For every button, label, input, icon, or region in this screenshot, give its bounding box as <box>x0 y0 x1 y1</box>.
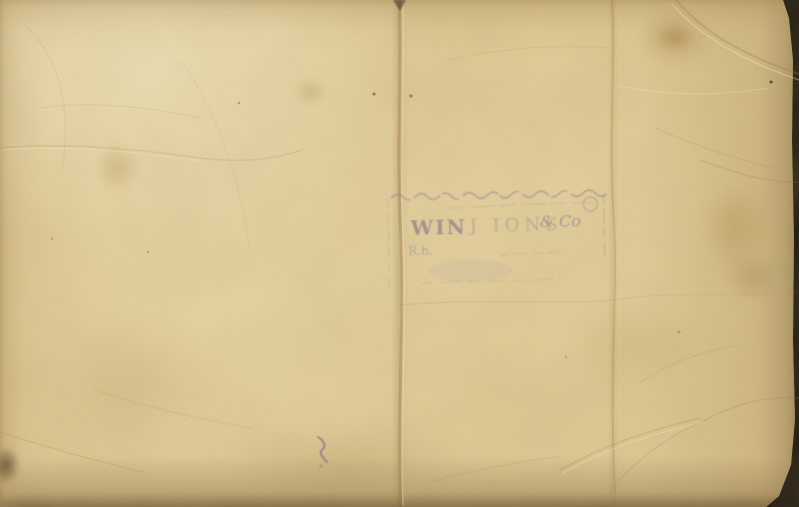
aged-paper <box>0 0 799 507</box>
photo-background: WIN J IONS & Co R.h. <box>0 0 799 507</box>
